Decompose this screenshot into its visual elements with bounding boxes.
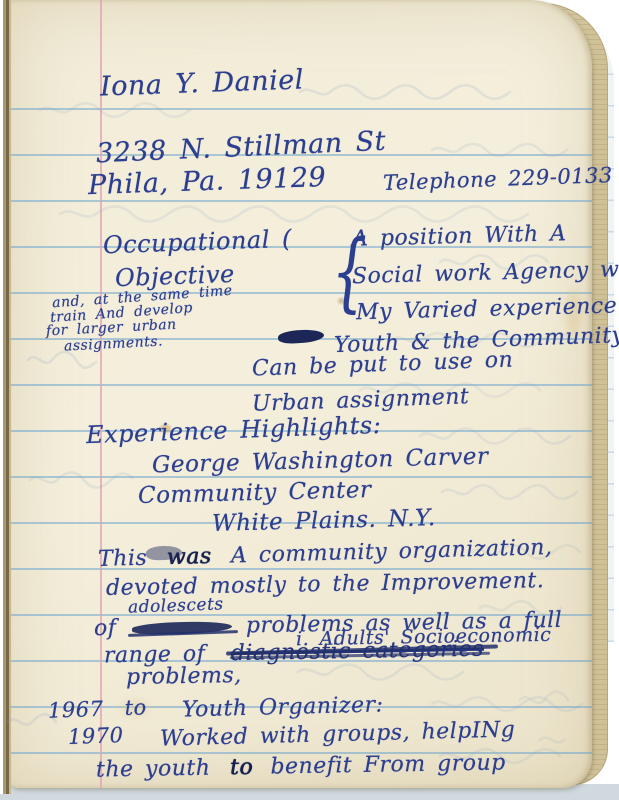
timeline-years: 1967 to bbox=[48, 695, 147, 722]
desc-line3-start: of bbox=[94, 616, 117, 641]
desc-word-this: This bbox=[98, 546, 148, 572]
work-line2-heavy-to: to bbox=[230, 755, 254, 780]
scanned-notebook-photo: Iona Y. Daniel 3238 N. Stillman St Phila… bbox=[0, 0, 619, 800]
timeline-year-end: 1970 bbox=[68, 723, 124, 749]
work-line2-rest: benefit From group bbox=[270, 750, 506, 779]
timeline-role: Youth Organizer: bbox=[182, 692, 384, 722]
work-line2-start: the youth bbox=[96, 756, 211, 783]
experience-desc-line5: problems, bbox=[126, 663, 242, 690]
